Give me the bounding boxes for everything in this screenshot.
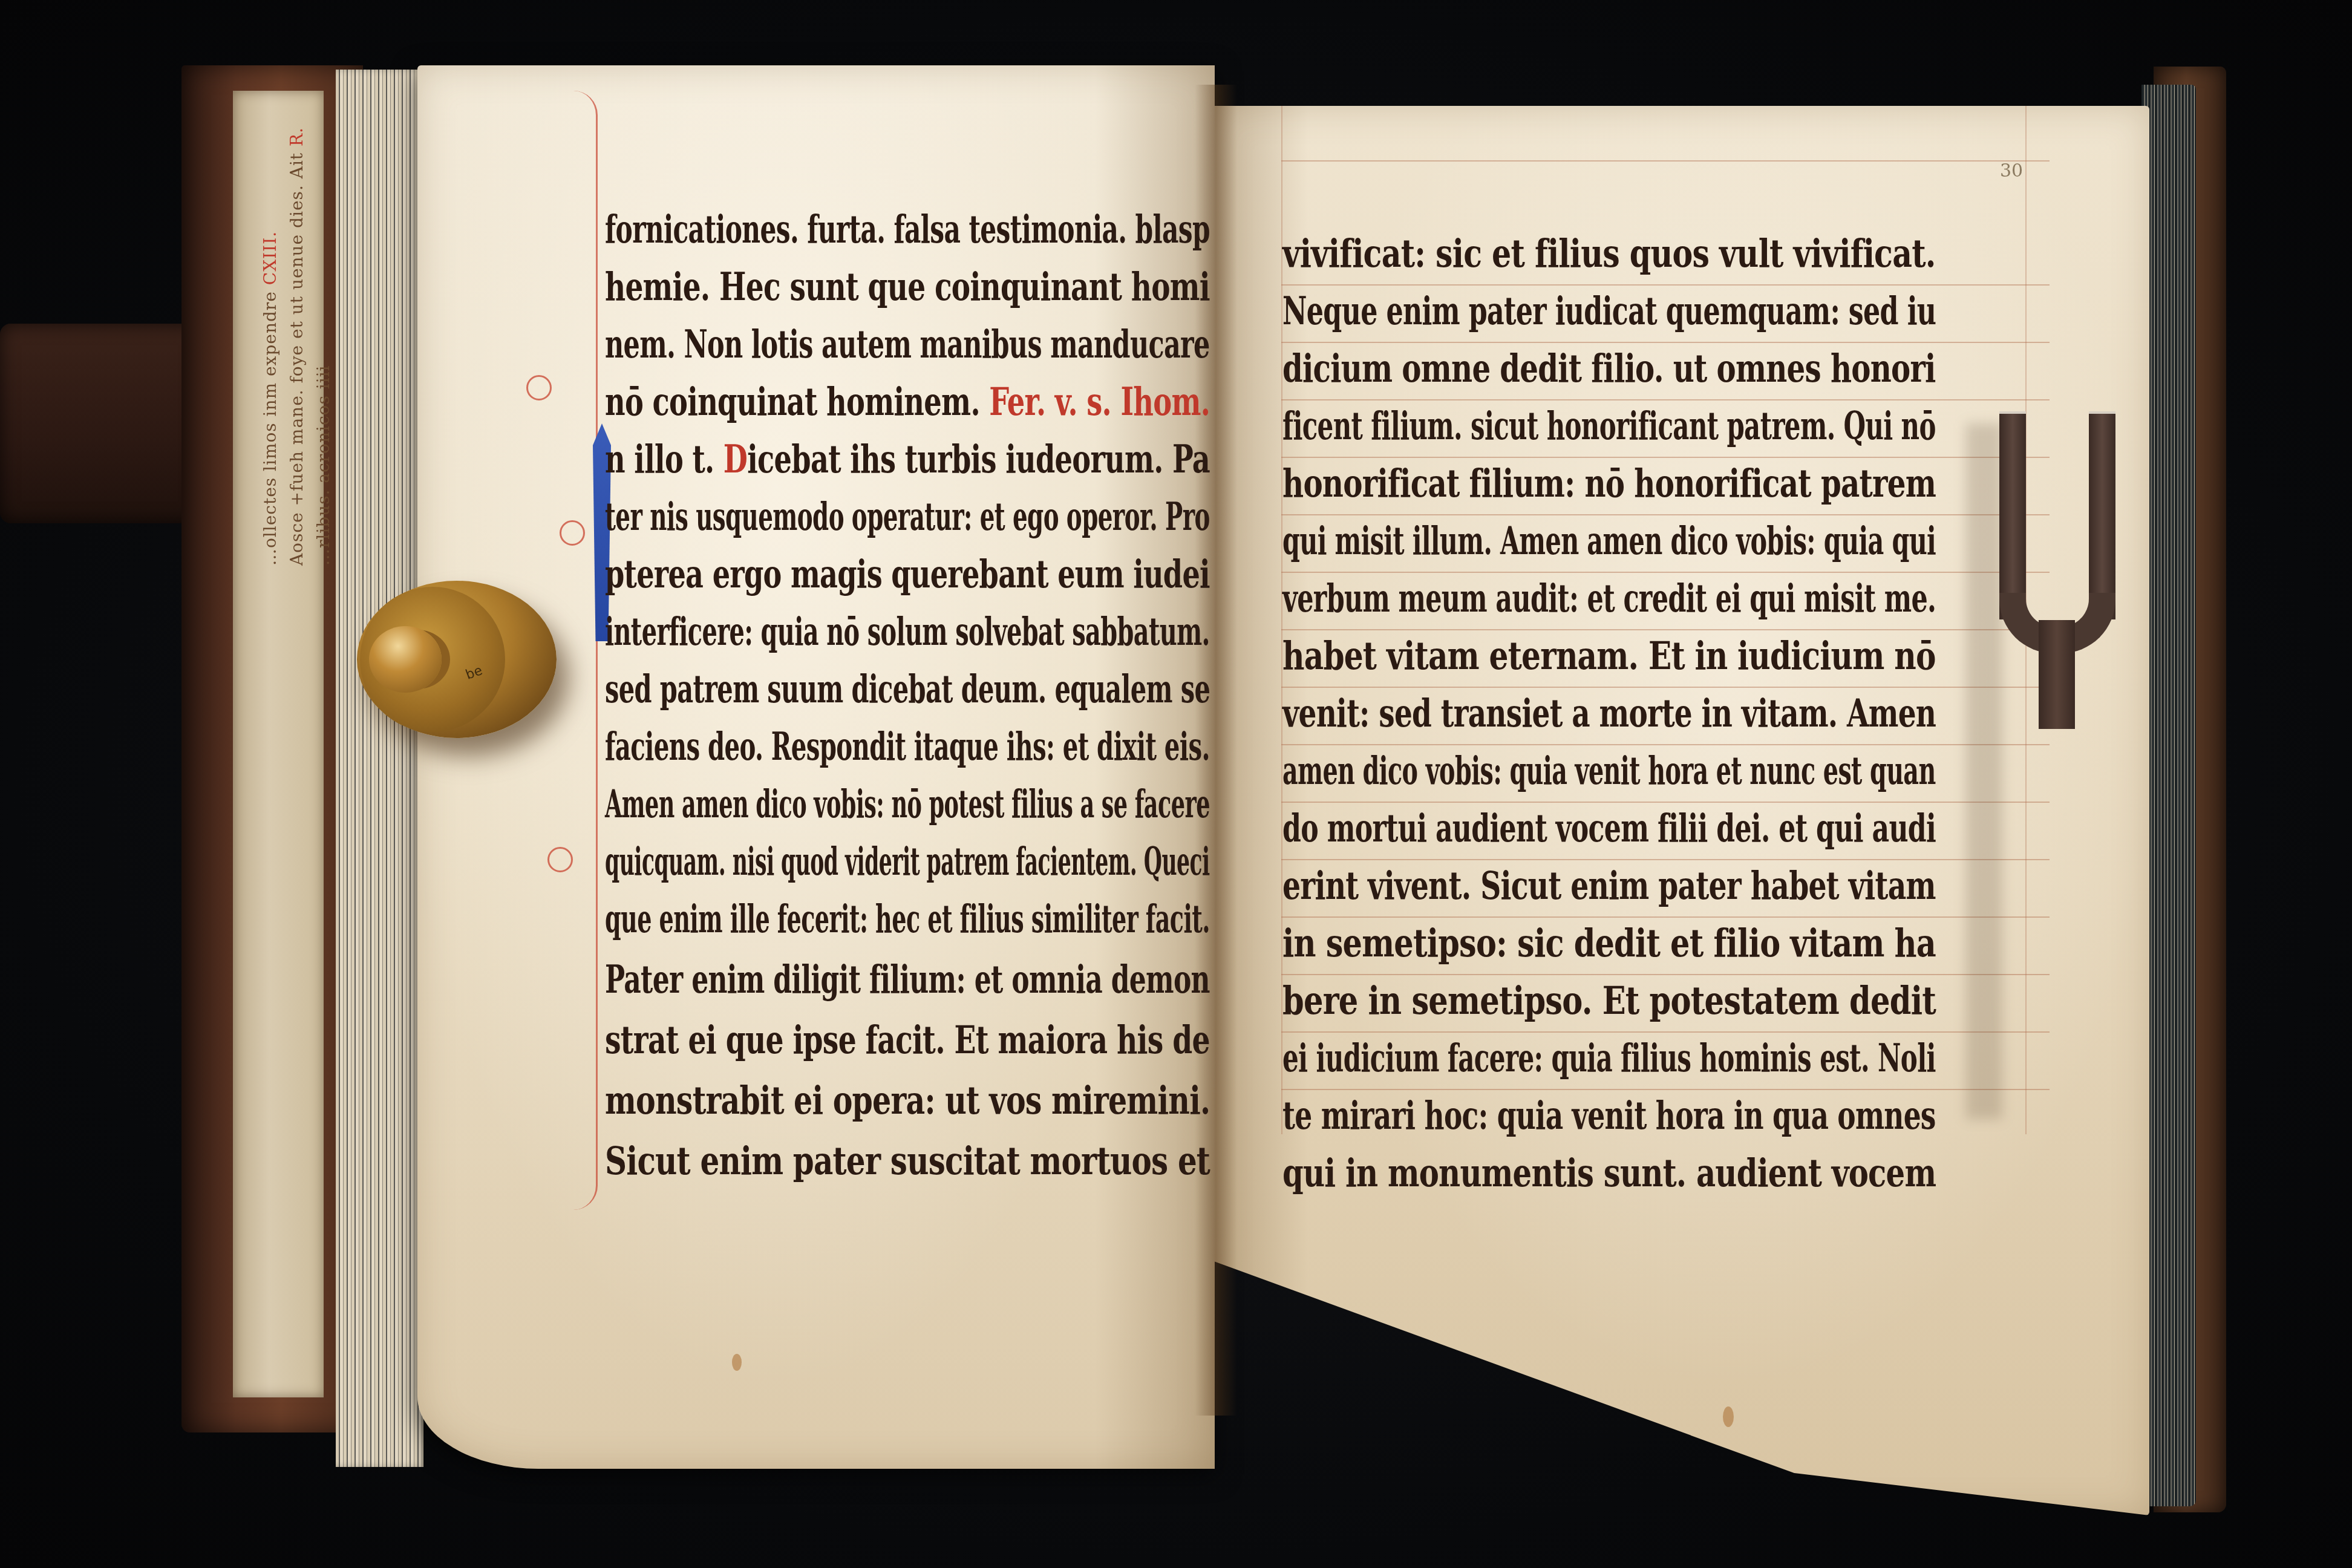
- text-line: quicquam. nisi quod viderit patrem facie…: [605, 838, 1210, 886]
- text-line: amen dico vobis: quia venit hora et nunc…: [1282, 747, 1936, 795]
- ruling-line: [1281, 514, 2050, 515]
- ruling-line: [1281, 160, 2050, 162]
- pastedown-line: …ollectes limos inm expendre CXIII.: [257, 127, 284, 566]
- text-line: erint vivent. Sicut enim pater habet vit…: [1282, 862, 1936, 910]
- text-segment: pterea ergo magis querebant eum iudei: [605, 552, 1210, 597]
- text-segment: icebat ihs turbis iudeorum. Pa: [747, 437, 1210, 482]
- ruling-line: [1281, 744, 2050, 745]
- text-segment: nem. Non lotis autem manibus manducare: [605, 322, 1210, 367]
- text-line: n illo t. Dicebat ihs turbis iudeorum. P…: [605, 436, 1210, 484]
- text-segment: quicquam. nisi quod viderit patrem facie…: [605, 839, 1210, 884]
- ruling-line: [1281, 399, 2050, 400]
- ruling-line: [1281, 802, 2050, 803]
- pastedown-text-segment: Aosce +fueh mane. foye et ut uenue dies.…: [287, 152, 307, 566]
- leather-clasp: [0, 324, 200, 523]
- ruling-line: [1281, 1031, 2050, 1033]
- text-line: strat ei que ipse facit. Et maiora his d…: [605, 1016, 1210, 1065]
- text-segment: interficere: quia nō solum solvebat sabb…: [605, 609, 1210, 655]
- text-segment: n illo t.: [605, 437, 724, 482]
- text-line: dicium omne dedit filio. ut omnes honori: [1282, 345, 1936, 393]
- text-line: fornicationes. furta. falsa testimonia. …: [605, 206, 1210, 254]
- pastedown-rubric: CXIII.: [260, 231, 280, 285]
- text-segment: faciens deo. Respondit itaque ihs: et di…: [605, 724, 1210, 769]
- text-segment: Sicut enim pater suscitat mortuos et: [605, 1138, 1210, 1184]
- text-line: Sicut enim pater suscitat mortuos et: [605, 1137, 1210, 1186]
- text-line: ter nis usquemodo operatur: et ego opero…: [605, 493, 1210, 541]
- text-segment: hemie. Hec sunt que coinquinant homi: [605, 264, 1210, 310]
- tuning-fork-stem: [2039, 620, 2075, 729]
- page-edges-left: [336, 70, 423, 1467]
- text-line: te mirari hoc: quia venit hora in qua om…: [1282, 1092, 1936, 1140]
- folio-number: 30: [2000, 160, 2023, 181]
- text-segment: fornicationes. furta. falsa testimonia. …: [605, 207, 1210, 252]
- text-line: nem. Non lotis autem manibus manducare: [605, 321, 1210, 369]
- ruling-line: [1281, 342, 2050, 343]
- ink-stain: [1723, 1406, 1734, 1427]
- text-segment: Amen amen dico vobis: nō potest filius a…: [605, 782, 1210, 827]
- ruling-line: [1281, 572, 2050, 573]
- ruling-line: [1281, 687, 2050, 688]
- text-line: in semetipso: sic dedit et filio vitam h…: [1282, 920, 1936, 968]
- text-line: Neque enim pater iudicat quemquam: sed i…: [1282, 287, 1936, 336]
- text-line: bere in semetipso. Et potestatem dedit: [1282, 977, 1936, 1025]
- text-line: qui in monumentis sunt. audient vocem: [1282, 1149, 1936, 1198]
- text-line: faciens deo. Respondit itaque ihs: et di…: [605, 723, 1210, 771]
- ruling-line: [1281, 974, 2050, 975]
- pastedown-rubric: R.: [287, 127, 307, 146]
- text-segment: sed patrem suum dicebat deum. equalem se: [605, 667, 1210, 712]
- ruling-line: [1281, 1089, 2050, 1090]
- flourish-curl: [526, 375, 552, 400]
- text-segment: que enim ille fecerit: hec et filius sim…: [605, 897, 1210, 942]
- text-line: Pater enim diligit filium: et omnia demo…: [605, 956, 1210, 1004]
- text-line: habet vitam eternam. Et in iudicium nō: [1282, 632, 1936, 681]
- brass-weight-knob: [369, 626, 442, 693]
- text-line: ei iudicium facere: quia filius hominis …: [1282, 1034, 1936, 1083]
- text-line: verbum meum audit: et credit ei qui misi…: [1282, 575, 1936, 623]
- binding-pastedown-strip: …ollectes limos inm expendre CXIII. Aosc…: [233, 91, 324, 1397]
- ruling-line: [1281, 629, 2050, 630]
- text-line: hemie. Hec sunt que coinquinant homi: [605, 263, 1210, 312]
- page-edges-right: [2141, 85, 2196, 1506]
- text-line: ficent filium. sicut honorificant patrem…: [1282, 402, 1936, 451]
- pastedown-text-segment: …ollectes limos inm expendre: [260, 291, 280, 566]
- text-line: interficere: quia nō solum solvebat sabb…: [605, 608, 1210, 656]
- pastedown-text-segment: …rlibus. acronicos iiii: [313, 365, 333, 566]
- text-line: que enim ille fecerit: hec et filius sim…: [605, 895, 1210, 944]
- text-segment: strat ei que ipse facit. Et maiora his d…: [605, 1018, 1210, 1063]
- ruling-line: [1281, 859, 2050, 860]
- tuning-fork-tine-left: [1999, 411, 2026, 619]
- text-line: Amen amen dico vobis: nō potest filius a…: [605, 780, 1210, 829]
- text-segment: Pater enim diligit filium: et omnia demo…: [605, 957, 1210, 1002]
- text-line: nō coinquinat hominem. Fer. v. s. Ihom.: [605, 378, 1210, 426]
- ruling-line: [1281, 916, 2050, 918]
- text-line: vivificat: sic et filius quos vult vivif…: [1282, 230, 1936, 278]
- text-segment: ter nis usquemodo operatur: et ego opero…: [605, 494, 1210, 540]
- text-line: sed patrem suum dicebat deum. equalem se: [605, 665, 1210, 714]
- ruling-line: [1281, 457, 2050, 458]
- text-line: pterea ergo magis querebant eum iudei: [605, 550, 1210, 599]
- ink-stain: [732, 1354, 742, 1371]
- text-line: honorificat filium: nō honorificat patre…: [1282, 460, 1936, 508]
- pastedown-line: …rlibus. acronicos iiii: [310, 127, 337, 566]
- text-line: venit: sed transiet a morte in vitam. Am…: [1282, 690, 1936, 738]
- rubric-initial: D: [724, 437, 747, 482]
- text-segment: nō coinquinat hominem.: [605, 379, 989, 425]
- ruling-line: [1281, 284, 2050, 286]
- text-line: do mortui audient vocem filii dei. et qu…: [1282, 805, 1936, 853]
- flourish-curl: [547, 847, 573, 872]
- text-line: monstrabit ei opera: ut vos miremini.: [605, 1077, 1210, 1125]
- pastedown-line: Aosce +fueh mane. foye et ut uenue dies.…: [284, 127, 310, 566]
- tuning-fork: [1981, 411, 2126, 1137]
- text-segment: monstrabit ei opera: ut vos miremini.: [605, 1078, 1210, 1123]
- text-line: qui misit illum. Amen amen dico vobis: q…: [1282, 517, 1936, 566]
- tuning-fork-tine-right: [2089, 411, 2115, 619]
- rubric-heading: Fer. v. s. Ihom.: [989, 379, 1210, 425]
- flourish-curl: [560, 520, 585, 546]
